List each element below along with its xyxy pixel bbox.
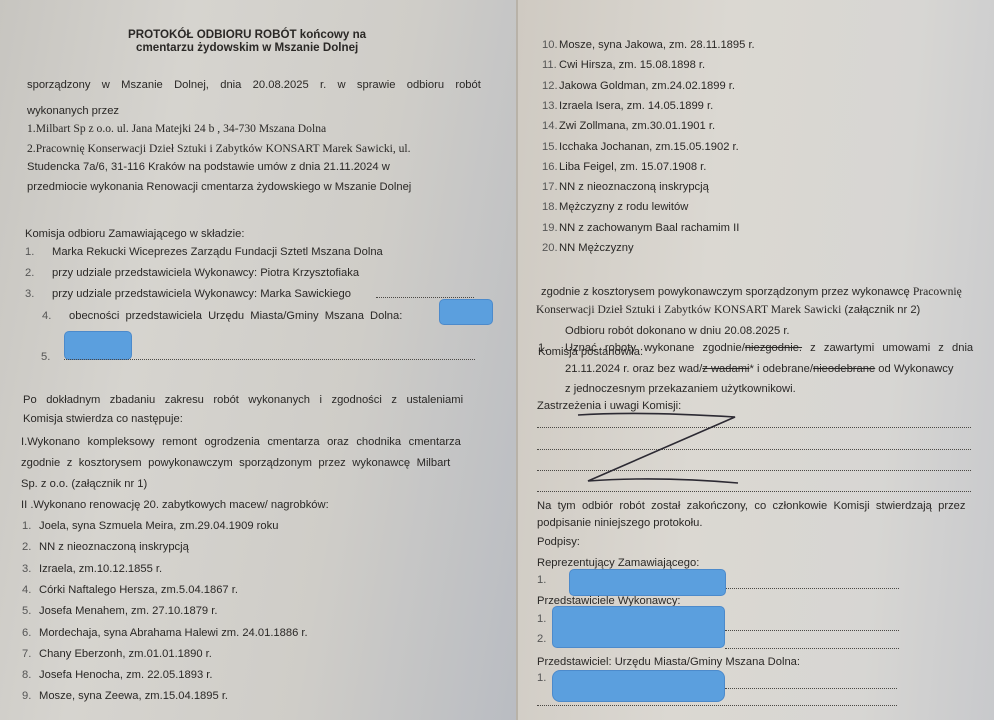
tombstone-item: 13.Izraela Isera, zm. 14.05.1899 r. [542,99,713,113]
intro-word: dnia [220,78,241,92]
signature-line-number: 1. [537,573,546,587]
tombstone-item: 14.Zwi Zollmana, zm.30.01.1901 r. [542,119,715,133]
signature-group-label: Przedstawiciel: Urzędu Miasta/Gminy Msza… [537,655,800,669]
contractor-2: 2.Pracownię Konserwacji Dzieł Sztuki i Z… [27,142,411,156]
tombstone-text: Jakowa Goldman, zm.24.02.1899 r. [559,80,735,92]
tombstone-item: 19.NN z zachowanym Baal rachamim II [542,221,739,235]
tombstone-item: 15.Icchaka Jochanan, zm.15.05.1902 r. [542,140,739,154]
tombstone-item: 8.Josefa Henocha, zm. 22.05.1893 r. [22,668,213,682]
tombstone-number: 6. [22,626,39,640]
tombstone-item: 3.Izraela, zm.10.12.1855 r. [22,562,162,576]
signature-line [725,688,897,689]
document-title-line2: cmentarzu żydowskim w Mszanie Dolnej [136,41,358,55]
tombstone-text: Zwi Zollmana, zm.30.01.1901 r. [559,120,715,132]
tombstone-number: 11. [542,58,559,72]
commission-member: 3.przy udziale przedstawiciela Wykonawcy… [25,287,351,301]
commission-member: 5. [41,350,50,364]
tombstone-number: 17. [542,180,559,194]
intro-word: r. [320,78,326,92]
intro-word: odbioru [407,78,444,92]
signature-line [725,630,899,631]
redacted-signature [552,670,725,702]
point1-line1: I.Wykonano kompleksowy remont ogrodzenia… [21,435,461,449]
signature-line [725,648,899,649]
tombstone-item: 10.Mosze, syna Jakowa, zm. 28.11.1895 r. [542,38,755,52]
tombstone-item: 17.NN z nieoznaczoną inskrypcją [542,180,709,194]
tombstone-text: Mosze, syna Zeewa, zm.15.04.1895 r. [39,690,228,702]
tombstone-item: 4.Córki Naftalego Hersza, zm.5.04.1867 r… [22,583,238,597]
tombstone-number: 15. [542,140,559,154]
tombstone-text: Mosze, syna Jakowa, zm. 28.11.1895 r. [559,39,755,51]
tombstone-item: 16.Liba Feigel, zm. 15.07.1908 r. [542,160,706,174]
intro-word: w [337,78,345,92]
remarks-line [537,449,971,450]
estimate-line2: Konserwacji Dzieł Sztuki i Zabytków KONS… [536,303,920,317]
point1-line2: zgodnie z kosztorysem powykonawczym spor… [21,456,450,470]
tombstone-text: Chany Eberzonh, zm.01.01.1890 r. [39,648,212,660]
tombstone-number: 19. [542,221,559,235]
dotted-line [376,297,474,298]
tombstone-number: 16. [542,160,559,174]
tombstone-number: 10. [542,38,559,52]
commission-member: 1.Marka Rekucki Wiceprezes Zarządu Funda… [25,245,383,259]
tombstone-text: NN z nieoznaczoną inskrypcją [39,541,189,553]
tombstone-item: 2.NN z nieoznaczoną inskrypcją [22,540,189,554]
document-title-line1: PROTOKÓŁ ODBIORU ROBÓT końcowy na [128,28,366,42]
tombstone-text: Cwi Hirsza, zm. 15.08.1898 r. [559,59,705,71]
tombstone-text: NN z nieoznaczoną inskrypcją [559,181,709,193]
tombstone-item: 7.Chany Eberzonh, zm.01.01.1890 r. [22,647,212,661]
contractor-2-cont2: przedmiocie wykonania Renowacji cmentarz… [27,180,411,194]
decision-item: 1. [538,341,564,355]
tombstone-number: 13. [542,99,559,113]
decision-line3: z jednoczesnym przekazaniem użytkownikow… [565,382,796,396]
tombstone-number: 2. [22,540,39,554]
tombstone-number: 14. [542,119,559,133]
intro-word: 20.08.2025 [253,78,309,92]
tombstone-text: NN Mężczyzny [559,242,634,254]
point2-heading: II .Wykonano renowację 20. zabytkowych m… [21,498,329,512]
remarks-line [537,470,971,471]
decision-line1: Uznać roboty wykonane zgodnie/niezgodnie… [565,341,977,355]
tombstone-text: Mordechaja, syna Abrahama Halewi zm. 24.… [39,627,308,639]
tombstone-item: 12.Jakowa Goldman, zm.24.02.1899 r. [542,79,735,93]
tombstone-number: 20. [542,241,559,255]
tombstone-item: 5.Josefa Menahem, zm. 27.10.1879 r. [22,604,217,618]
tombstone-item: 1.Joela, syna Szmuela Meira, zm.29.04.19… [22,519,278,533]
tombstone-text: Icchaka Jochanan, zm.15.05.1902 r. [559,141,739,153]
closing-line2: podpisanie niniejszego protokołu. [537,516,702,530]
closing-line1: Na tym odbiór robót został zakończony, c… [537,499,966,513]
contractor-2-cont: Studencka 7a/6, 31-116 Kraków na podstaw… [27,160,390,174]
estimate-line1: zgodnie z kosztorysem powykonawczym spor… [541,285,962,299]
intro-word: Mszanie [121,78,163,92]
commission-member: 2.przy udziale przedstawiciela Wykonawcy… [25,266,359,280]
findings-line1: Po dokładnym zbadaniu zakresu robót wyko… [23,393,463,407]
tombstone-number: 9. [22,689,39,703]
tombstone-number: 18. [542,200,559,214]
signature-line-number: 1. [537,612,546,626]
tombstone-text: Izraela Isera, zm. 14.05.1899 r. [559,100,713,112]
intro-line: sporządzonywMszanieDolnej,dnia20.08.2025… [27,78,481,92]
tombstone-number: 7. [22,647,39,661]
signature-line-number: 1. [537,671,546,685]
tombstone-text: Josefa Henocha, zm. 22.05.1893 r. [39,669,213,681]
commission-member: 4.obecności przedstawiciela Urzędu Miast… [42,309,402,323]
intro-word: w [102,78,110,92]
redacted-name [64,331,132,360]
dotted-line [64,359,475,360]
redacted-signature [569,569,726,596]
tombstone-text: Mężczyzny z rodu lewitów [559,201,688,213]
remarks-line [537,427,971,428]
intro-word: sporządzony [27,78,90,92]
tombstone-item: 18.Mężczyzny z rodu lewitów [542,200,688,214]
tombstone-number: 4. [22,583,39,597]
intro-word: robót [455,78,481,92]
tombstone-text: Joela, syna Szmuela Meira, zm.29.04.1909… [39,520,278,532]
tombstone-item: 11.Cwi Hirsza, zm. 15.08.1898 r. [542,58,705,72]
tombstone-number: 3. [22,562,39,576]
tombstone-number: 5. [22,604,39,618]
commission-heading: Komisja odbioru Zamawiającego w składzie… [25,227,245,241]
decision-line2: 21.11.2024 r. oraz bez wad/z wadami* i o… [565,362,953,376]
tombstone-item: 6.Mordechaja, syna Abrahama Halewi zm. 2… [22,626,308,640]
tombstone-text: Liba Feigel, zm. 15.07.1908 r. [559,161,706,173]
tombstone-text: Josefa Menahem, zm. 27.10.1879 r. [39,605,217,617]
intro-word: sprawie [357,78,396,92]
tombstone-number: 8. [22,668,39,682]
tombstone-item: 20.NN Mężczyzny [542,241,634,255]
point1-line3: Sp. z o.o. (załącznik nr 1) [21,477,147,491]
findings-line2: Komisja stwierdza co następuje: [23,412,183,426]
tombstone-number: 1. [22,519,39,533]
redacted-name [439,299,493,325]
contractor-1: 1.Milbart Sp z o.o. ul. Jana Matejki 24 … [27,122,326,136]
acceptance-date: Odbioru robót dokonano w dniu 20.08.2025… [565,324,790,338]
signature-line [537,705,897,706]
signature-line [725,588,899,589]
tombstone-text: NN z zachowanym Baal rachamim II [559,222,739,234]
tombstone-text: Córki Naftalego Hersza, zm.5.04.1867 r. [39,584,238,596]
right-page: 10.Mosze, syna Jakowa, zm. 28.11.1895 r.… [518,0,994,720]
signature-group-label: Reprezentujący Zamawiającego: [537,556,699,570]
tombstone-number: 12. [542,79,559,93]
remarks-heading: Zastrzeżenia i uwagi Komisji: [537,399,681,413]
tombstone-item: 9.Mosze, syna Zeewa, zm.15.04.1895 r. [22,689,228,703]
tombstone-text: Izraela, zm.10.12.1855 r. [39,563,162,575]
remarks-line [537,491,971,492]
intro-word: Dolnej, [174,78,209,92]
intro-line2: wykonanych przez [27,104,119,118]
redacted-signature [552,606,725,648]
signature-line-number: 2. [537,632,546,646]
signatures-heading: Podpisy: [537,535,580,549]
left-page: PROTOKÓŁ ODBIORU ROBÓT końcowy na cmenta… [0,0,518,720]
